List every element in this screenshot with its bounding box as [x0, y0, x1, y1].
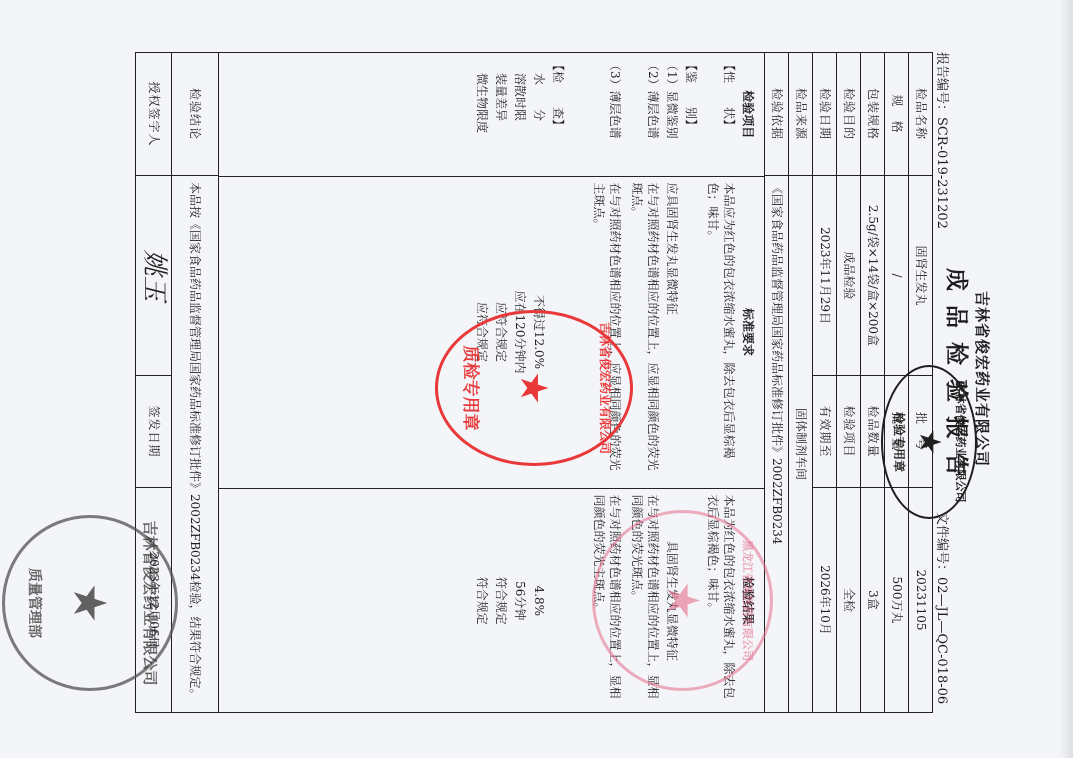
test-items-label: 检验项目	[837, 376, 861, 488]
res-appearance: 本品为红色的包衣浓缩水蜜丸，除去包衣后显棕褐色；味甘。	[699, 495, 737, 708]
std-microscopic: 应具固肾生发丸显微特征	[661, 183, 680, 482]
source-value: 固体制剂车间	[789, 176, 813, 713]
col-result-header: 检验结果	[737, 495, 756, 708]
test-date-value: 2023年11月29日	[813, 176, 837, 376]
row-conclusion: 检验结论 本品按《国家食品药品监督管理局国家药品标准修订批件》2002ZFB02…	[172, 53, 219, 713]
std-tlc-3: 在与对照药材色谱相应的位置上，应显相同颜色的荧光主斑点。	[585, 183, 623, 482]
sample-qty-value: 3盒	[861, 488, 885, 713]
company-name: 吉林省俊宏药业有限公司	[972, 0, 993, 758]
item-microbial: 微生物限度	[471, 59, 490, 170]
form-number: 文件编号：02—JL—QC-018-06	[934, 512, 953, 704]
basis-value: 《国家食品药品监督管理局国家药品标准修订批件》2002ZFB0234	[765, 176, 789, 713]
purpose-label: 检验目的	[837, 53, 861, 176]
test-date-label: 检验日期	[813, 53, 837, 176]
package-label: 包装规格	[861, 53, 885, 176]
spec-value: /	[885, 176, 909, 376]
row-package: 包装规格 2.5g/袋×14袋/盒×200盒 检品数量 3盒	[861, 53, 885, 713]
row-date: 检验日期 2023年11月29日 有效期至 2026年10月	[813, 53, 837, 713]
signature: 姚玉	[139, 249, 169, 301]
expiry-label: 有效期至	[813, 376, 837, 488]
row-basis: 检验依据 《国家食品药品监督管理局国家药品标准修订批件》2002ZFB0234	[765, 53, 789, 713]
item-appearance: 【性 状】	[718, 59, 737, 170]
item-microscopic: （1）显微鉴别	[661, 59, 680, 170]
item-identification: 【鉴 别】	[680, 59, 699, 170]
col-item-header: 检验项目	[737, 59, 756, 170]
item-weight-variation: 装量差异	[490, 59, 509, 170]
std-disintegration: 应在120分钟内	[509, 183, 528, 482]
std-microbial: 应符合规定	[471, 183, 490, 482]
issue-date-label: 签发日期	[135, 376, 171, 488]
row-source: 检品来源 固体制剂车间	[789, 53, 813, 713]
item-disintegration: 溶散时限	[509, 59, 528, 170]
package-value: 2.5g/袋×14袋/盒×200盒	[861, 176, 885, 376]
expiry-value: 2026年10月	[813, 488, 837, 713]
standard-column: 标准要求 本品应为红色的包衣浓缩水蜜丸，除去包衣后显棕褐色；味甘。 应具固肾生发…	[219, 176, 764, 488]
std-moisture: 不得过12.0%	[528, 183, 547, 482]
row-spec: 规 格 / 批 量 500万丸	[885, 53, 909, 713]
std-tlc-2: 在与对照药材色谱相应的位置上，应显相同颜色的荧光斑点。	[623, 183, 661, 482]
item-tlc-2: （2）薄层色谱	[642, 59, 661, 170]
batch-qty-label: 批 量	[885, 376, 909, 488]
res-tlc-2: 在与对照药材色谱相应的位置上，显相同颜色的荧光斑点。	[623, 495, 661, 708]
source-label: 检品来源	[789, 53, 813, 176]
item-check: 【检 查】	[547, 59, 566, 170]
std-appearance: 本品应为红色的包衣浓缩水蜜丸，除去包衣后显棕褐色；味甘。	[699, 183, 737, 482]
res-disintegration: 56分钟	[509, 495, 528, 708]
purpose-value: 成品检验	[837, 176, 861, 376]
item-moisture: 水 分	[528, 59, 547, 170]
results-block: 检验项目 【性 状】 【鉴 别】 （1）显微鉴别 （2）薄层色谱 （3）薄层色谱…	[219, 53, 765, 713]
form-number-value: 02—JL—QC-018-06	[934, 577, 949, 704]
results-inner-table: 检验项目 【性 状】 【鉴 别】 （1）显微鉴别 （2）薄层色谱 （3）薄层色谱…	[219, 53, 764, 713]
row-product: 检品名称 固肾生发丸 批 号 20231105	[909, 53, 933, 713]
result-column: 检验结果 本品为红色的包衣浓缩水蜜丸，除去包衣后显棕褐色；味甘。 具固肾生发丸显…	[219, 488, 764, 713]
batch-qty-value: 500万丸	[885, 488, 909, 713]
basis-label: 检验依据	[765, 53, 789, 176]
row-purpose: 检验目的 成品检验 检验项目 全检	[837, 53, 861, 713]
res-tlc-3: 在与对照药材色谱相应的位置上，显相同颜色的荧光主斑点。	[585, 495, 623, 708]
report-table: 检品名称 固肾生发丸 批 号 20231105 规 格 / 批 量 500万丸 …	[135, 52, 933, 713]
test-item-column: 检验项目 【性 状】 【鉴 别】 （1）显微鉴别 （2）薄层色谱 （3）薄层色谱…	[219, 53, 764, 176]
item-tlc-3: （3）薄层色谱	[604, 59, 623, 170]
test-items-value: 全检	[837, 488, 861, 713]
issue-date-value: 2023年12月06日	[135, 488, 171, 713]
res-moisture: 4.8%	[528, 495, 547, 708]
sample-qty-label: 检品数量	[861, 376, 885, 488]
report-number-value: SCR-019-231202	[934, 117, 949, 229]
conclusion-label: 检验结论	[172, 53, 219, 176]
res-microbial: 符合规定	[471, 495, 490, 708]
form-number-label: 文件编号：	[934, 512, 949, 577]
conclusion-text: 本品按《国家食品药品监督管理局国家药品标准修订批件》2002ZFB0234检验，…	[172, 176, 219, 713]
res-microscopic: 具固肾生发丸显微特征	[661, 495, 680, 708]
res-weight-variation: 符合规定	[490, 495, 509, 708]
spec-label: 规 格	[885, 53, 909, 176]
report-number: 报告编号：SCR-019-231202	[934, 52, 953, 229]
batch-no-label: 批 号	[909, 376, 933, 488]
row-signoff: 授权签字人 姚玉 签发日期 2023年12月06日	[135, 53, 171, 713]
batch-no-value: 20231105	[909, 488, 933, 713]
inspection-report-page: 吉林省俊宏药业有限公司 成品检验报告 报告编号：SCR-019-231202 文…	[0, 0, 1073, 758]
std-weight-variation: 应符合规定	[490, 183, 509, 482]
col-standard-header: 标准要求	[737, 183, 756, 482]
product-name-label: 检品名称	[909, 53, 933, 176]
product-name-value: 固肾生发丸	[909, 176, 933, 376]
signature-cell: 姚玉	[135, 176, 171, 376]
signer-label: 授权签字人	[135, 53, 171, 176]
report-number-label: 报告编号：	[934, 52, 949, 117]
